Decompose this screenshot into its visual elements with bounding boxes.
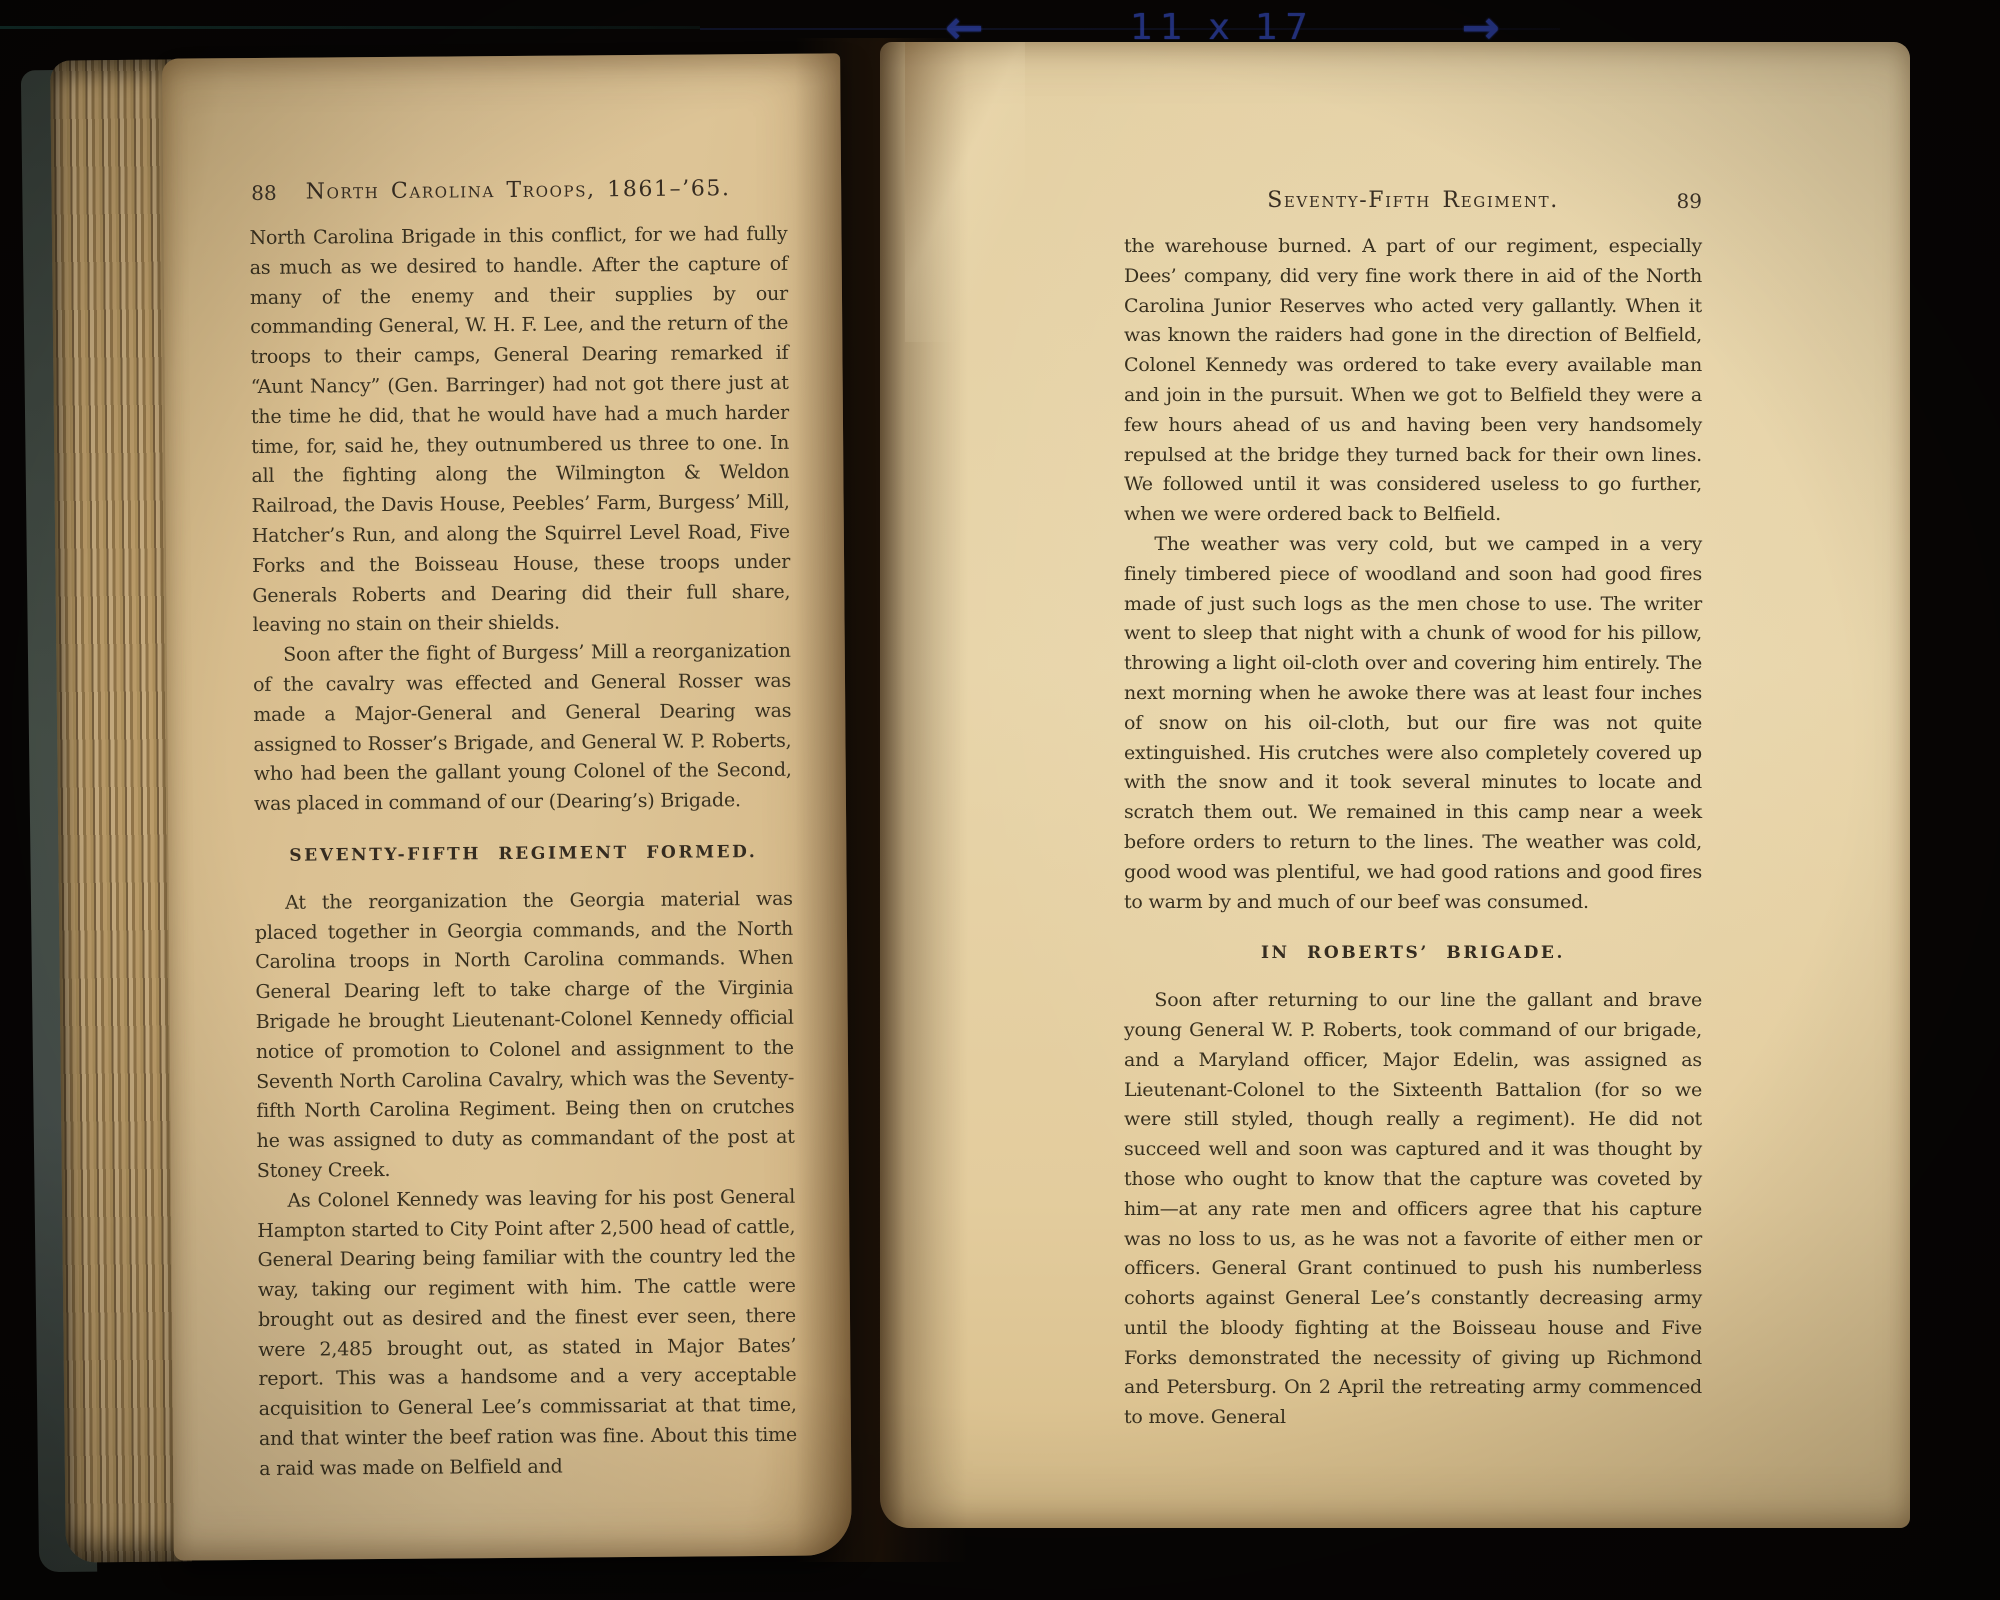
left-paragraph-2: Soon after the fight of Burgess’ Mill a … — [253, 637, 792, 820]
left-paragraph-4: As Colonel Kennedy was leaving for his p… — [257, 1182, 797, 1484]
right-paragraph-3: Soon after returning to our line the gal… — [1124, 986, 1702, 1433]
right-page-body: the warehouse burned. A part of our regi… — [1124, 232, 1702, 1433]
right-page-content: Seventy-Fifth Regiment. 89 the warehouse… — [1124, 188, 1702, 1433]
right-paragraph-2: The weather was very cold, but we camped… — [1124, 530, 1702, 917]
left-paragraph-3: At the reorganization the Georgia materi… — [255, 884, 795, 1186]
right-paragraph-1: the warehouse burned. A part of our regi… — [1124, 232, 1702, 530]
right-page-header: Seventy-Fifth Regiment. 89 — [1124, 188, 1702, 224]
left-page-header: 88 North Carolina Troops, 1861–’65. — [249, 176, 787, 216]
left-running-head: North Carolina Troops, 1861–’65. — [249, 176, 787, 205]
right-page-number: 89 — [1677, 189, 1702, 213]
left-page-content: 88 North Carolina Troops, 1861–’65. Nort… — [249, 176, 797, 1485]
left-paragraph-1: North Carolina Brigade in this conflict,… — [249, 220, 790, 641]
left-page: 88 North Carolina Troops, 1861–’65. Nort… — [162, 53, 852, 1560]
left-page-body: North Carolina Brigade in this conflict,… — [249, 220, 797, 1485]
scanner-guide-line-left — [0, 26, 700, 29]
right-page: Seventy-Fifth Regiment. 89 the warehouse… — [880, 42, 1910, 1528]
right-section-heading: IN ROBERTS’ BRIGADE. — [1124, 939, 1702, 969]
scanned-book-photo: ← 11 x 17 → Seventy-Fifth Regiment. 89 t… — [0, 0, 2000, 1600]
right-running-head: Seventy-Fifth Regiment. — [1124, 188, 1702, 213]
left-section-heading: SEVENTY-FIFTH REGIMENT FORMED. — [254, 838, 792, 872]
